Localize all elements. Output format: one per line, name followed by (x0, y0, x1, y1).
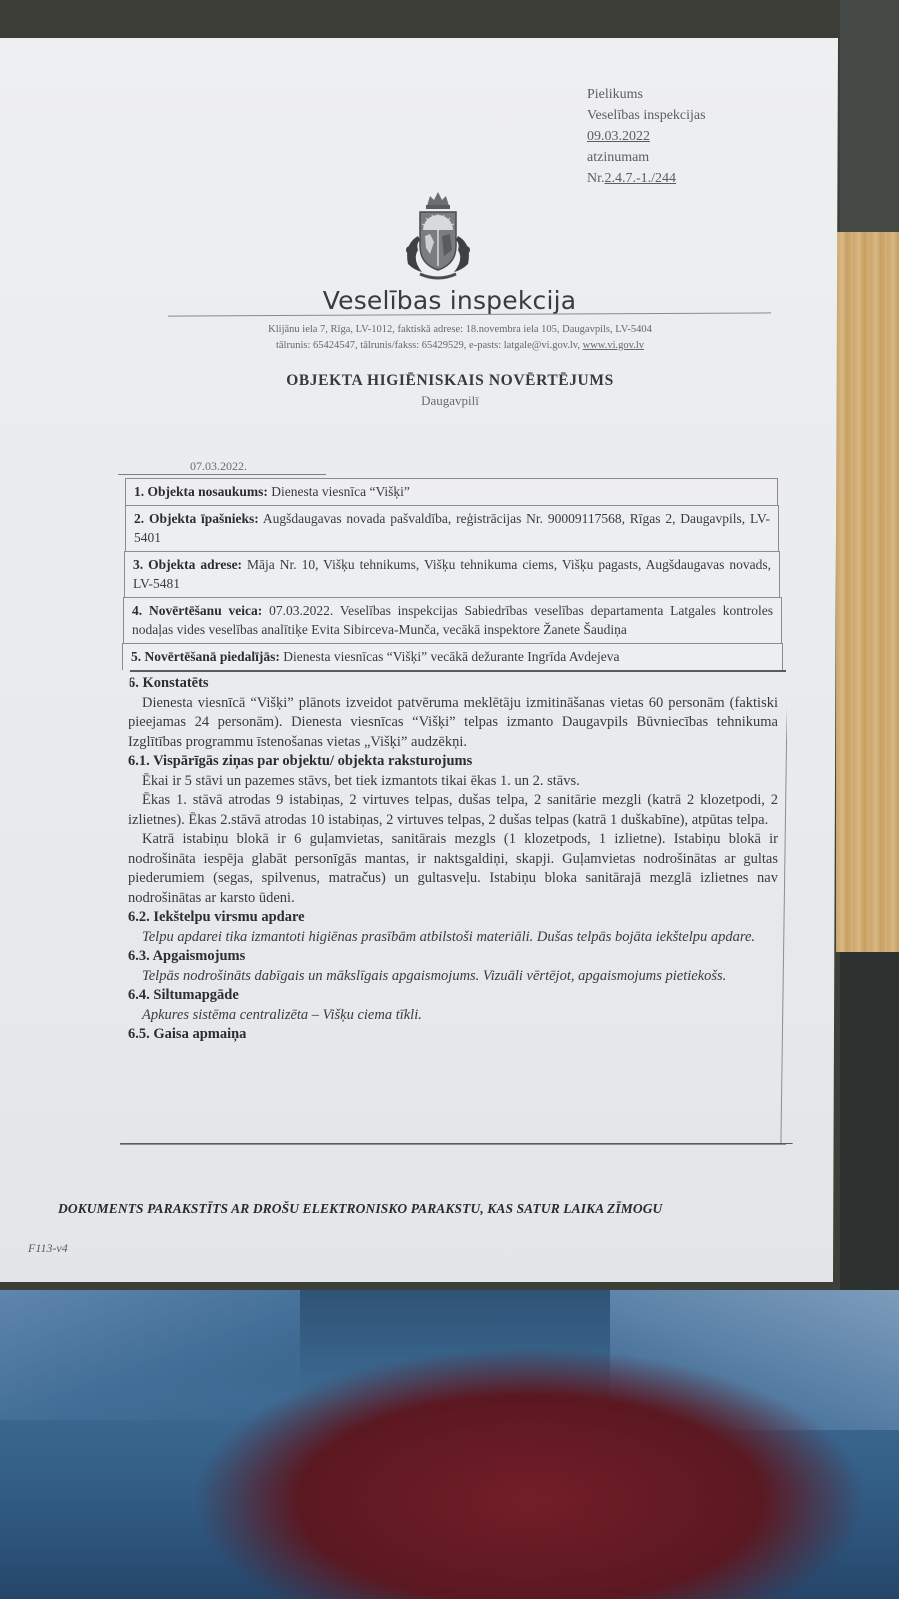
document-page: Pielikums Veselības inspekcijas 09.03.20… (0, 38, 838, 1282)
background-dark-surface (0, 0, 899, 40)
subsection-heading: 6.3. Apgaismojums (128, 947, 778, 967)
document-date: 07.03.2022. (190, 459, 247, 474)
subsection-paragraph: Telpu apdarei tika izmantoti higiēnas pr… (128, 928, 778, 948)
annex-line: Pielikums (587, 84, 706, 105)
table-border (103, 672, 127, 1143)
document-title: OBJEKTA HIGIĒNISKAIS NOVĒRTĒJUMS (0, 372, 899, 390)
table-border (780, 672, 788, 1144)
section-findings: 6. Konstatēts Dienesta viesnīcā “Višķi” … (120, 670, 786, 1145)
section-paragraph: Dienesta viesnīcā “Višķi” plānots izveid… (128, 694, 778, 753)
website-link[interactable]: www.vi.gov.lv (583, 340, 644, 351)
table-border (66, 1143, 844, 1144)
subsection-paragraph: Ēkai ir 5 stāvi un pazemes stāvs, bet ti… (128, 772, 778, 792)
background-red-fabric (100, 1330, 899, 1599)
annex-note: Pielikums Veselības inspekcijas 09.03.20… (587, 84, 706, 189)
subsection-heading: 6.5. Gaisa apmaiņa (128, 1025, 778, 1045)
organization-address: Klijānu iela 7, Rīga, LV-1012, faktiskā … (0, 322, 899, 337)
subsection-paragraph: Apkures sistēma centralizēta – Višķu cie… (128, 1006, 778, 1026)
background-dark-surface-right (840, 0, 899, 235)
subsection-heading: 6.4. Siltumapgāde (128, 986, 778, 1006)
form-code: F113-v4 (28, 1241, 68, 1256)
subsection-heading: 6.2. Iekštelpu virsmu apdare (128, 908, 778, 928)
latvia-coat-of-arms-icon (390, 186, 486, 286)
signature-notice: DOKUMENTS PARAKSTĪTS AR DROŠU ELEKTRONIS… (58, 1201, 662, 1217)
subsection-paragraph: Telpās nodrošināts dabīgais un mākslīgai… (128, 967, 778, 987)
field-object-name: 1. Objekta nosaukums: Dienesta viesnīca … (125, 478, 778, 505)
annex-line: atzinumam (587, 147, 706, 168)
annex-line: Veselības inspekcijas (587, 105, 706, 126)
field-assessed-by: 4. Novērtēšanu veica: 07.03.2022. Veselī… (123, 597, 782, 643)
annex-number: Nr.2.4.7.-1./244 (587, 168, 706, 189)
background-shadow-right (840, 952, 899, 1292)
subsection-paragraph: Ēkas 1. stāvā atrodas 9 istabiņas, 2 vir… (128, 791, 778, 830)
background-wooden-table (836, 232, 899, 952)
section-heading: 6. Konstatēts (128, 674, 778, 694)
organization-contacts: tālrunis: 65424547, tālrunis/fakss: 6542… (0, 338, 899, 353)
annex-date: 09.03.2022 (587, 126, 706, 147)
date-underline (118, 474, 326, 475)
organization-name: Veselības inspekcija (0, 286, 899, 315)
field-object-owner: 2. Objekta īpašnieks: Augšdaugavas novad… (125, 505, 779, 551)
document-city: Daugavpilī (0, 393, 899, 409)
subsection-heading: 6.1. Vispārīgās ziņas par objektu/ objek… (128, 752, 778, 772)
field-participants: 5. Novērtēšanā piedalījās: Dienesta vies… (122, 643, 783, 670)
subsection-paragraph: Katrā istabiņu blokā ir 6 guļamvietas, s… (128, 830, 778, 908)
assessment-table: 1. Objekta nosaukums: Dienesta viesnīca … (124, 478, 778, 1145)
field-object-address: 3. Objekta adrese: Māja Nr. 10, Višķu te… (124, 551, 780, 597)
